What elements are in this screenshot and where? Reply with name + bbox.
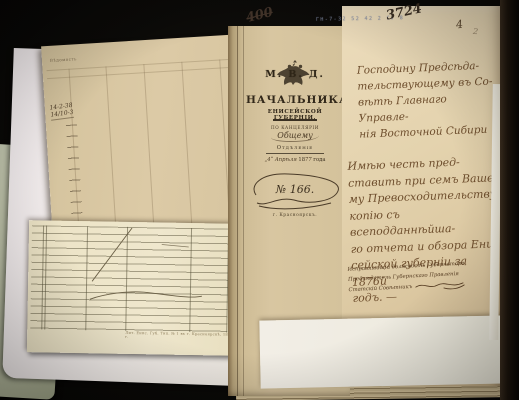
binding-crease	[243, 26, 244, 396]
address-line: вѣтѣ Главнаго Управле-	[358, 89, 499, 126]
blank-white-sheet-bottom	[259, 315, 508, 388]
section-label: Отдѣленіе	[246, 145, 344, 151]
imperial-eagle-icon: М. В. Д.	[246, 60, 344, 92]
letterhead-rule	[266, 153, 324, 154]
ruled-chart-sheet: Лит. Енис. Губ. Тип. № 1 въ г. Красноярс…	[27, 220, 237, 356]
ministry-abbrev: М. В. Д.	[246, 69, 344, 80]
letterhead-title: НАЧАЛЬНИКА	[246, 94, 344, 106]
address-block: Господину Предсѣда- тельствующему въ Со-…	[357, 57, 500, 142]
letterhead-rule	[273, 119, 317, 121]
pencil-note-line: 14/10-3	[50, 109, 74, 119]
date-line: „4“ Апрѣля 1877 года	[246, 157, 344, 163]
date-year-hand: 77	[305, 157, 312, 163]
page-number-faint: 2	[473, 27, 479, 36]
book-block-shadow	[500, 0, 519, 400]
city-label: г. Красноярскъ.	[246, 213, 344, 218]
folio-number: 400	[245, 5, 275, 26]
office-label: ПО КАНЦЕЛЯРІИ	[246, 125, 344, 130]
date-day-month-hand: „4“ Апрѣля	[265, 157, 297, 163]
signature-flourish	[414, 279, 466, 292]
binding-crease	[237, 26, 238, 396]
pencil-notes: 14-2-38 14/10-3	[49, 102, 74, 121]
document-number: № 166.	[275, 183, 314, 196]
office-handwritten: Общему	[246, 131, 344, 140]
ledger-header-word: Вѣдомость	[50, 56, 77, 63]
document-number-flourish: № 166.	[246, 165, 344, 211]
date-suffix-print: года	[313, 157, 325, 163]
archival-photo: Вѣдомость 14-2-38 14/10-3 Лит. Енис. Губ…	[0, 0, 519, 400]
